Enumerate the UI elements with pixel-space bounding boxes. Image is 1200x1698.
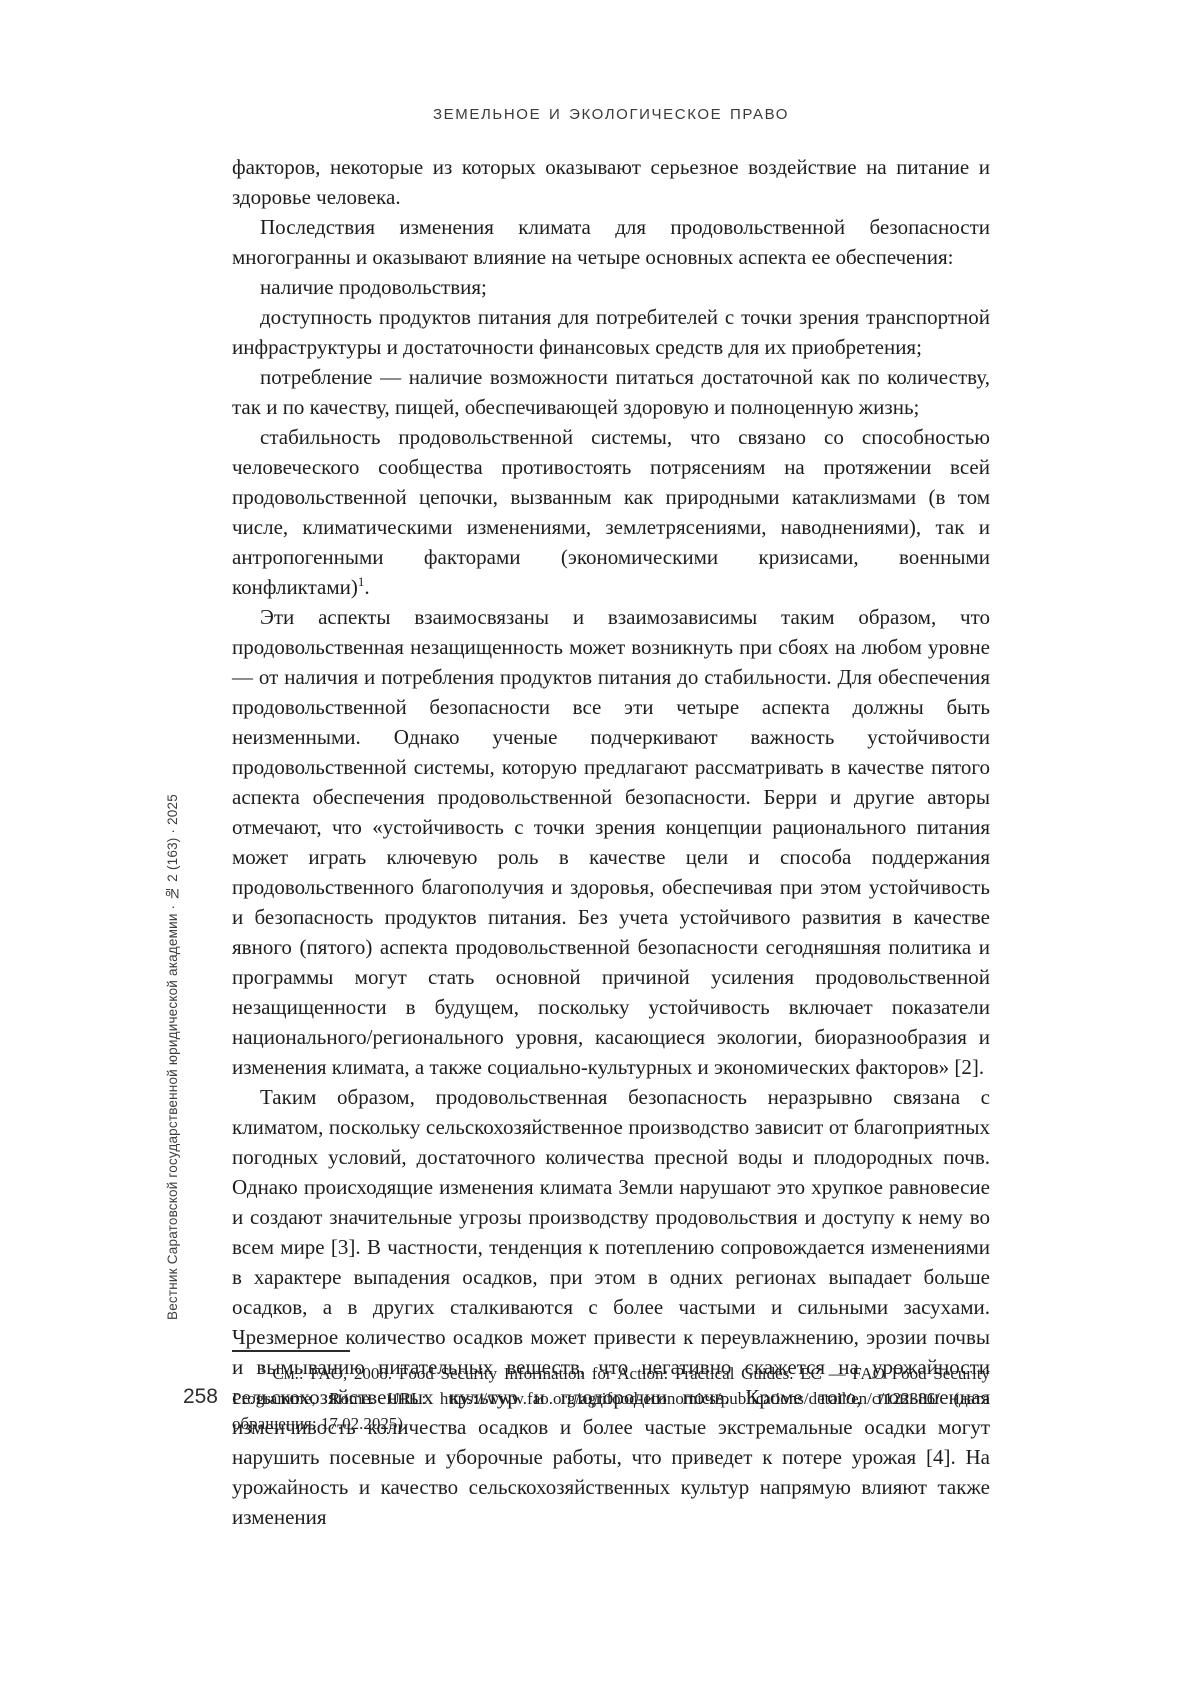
footnote-text: См.: FAO, 2008. Food Security Informatio… bbox=[232, 1364, 990, 1433]
paragraph-text: стабильность продовольственной системы, … bbox=[232, 425, 990, 599]
body-paragraph: факторов, некоторые из которых оказывают… bbox=[232, 152, 990, 212]
body-paragraph-list-item: наличие продовольствия; bbox=[232, 272, 990, 302]
footnote-block: 1См.: FAO, 2008. Food Security Informati… bbox=[232, 1350, 990, 1436]
running-head: ЗЕМЕЛЬНОЕ И ЭКОЛОГИЧЕСКОЕ ПРАВО bbox=[232, 106, 990, 123]
body-paragraph: Таким образом, продовольственная безопас… bbox=[232, 1082, 990, 1532]
journal-imprint-vertical: Вестник Саратовской государственной юрид… bbox=[165, 712, 180, 1320]
page-number: 258 bbox=[166, 1385, 218, 1409]
footnote-separator-rule bbox=[232, 1350, 350, 1352]
body-paragraph-list-item: доступность продуктов питания для потреб… bbox=[232, 302, 990, 362]
article-body: факторов, некоторые из которых оказывают… bbox=[232, 152, 990, 1532]
paragraph-text: . bbox=[364, 575, 369, 599]
body-paragraph-list-item: потребление — наличие возможности питать… bbox=[232, 362, 990, 422]
body-paragraph: Эти аспекты взаимосвязаны и взаимозависи… bbox=[232, 602, 990, 1082]
body-paragraph: Последствия изменения климата для продов… bbox=[232, 212, 990, 272]
body-paragraph-list-item: стабильность продовольственной системы, … bbox=[232, 422, 990, 602]
footnote: 1См.: FAO, 2008. Food Security Informati… bbox=[232, 1361, 990, 1436]
journal-page: ЗЕМЕЛЬНОЕ И ЭКОЛОГИЧЕСКОЕ ПРАВО факторов… bbox=[0, 0, 1200, 1698]
footnote-marker: 1 bbox=[260, 1363, 266, 1375]
